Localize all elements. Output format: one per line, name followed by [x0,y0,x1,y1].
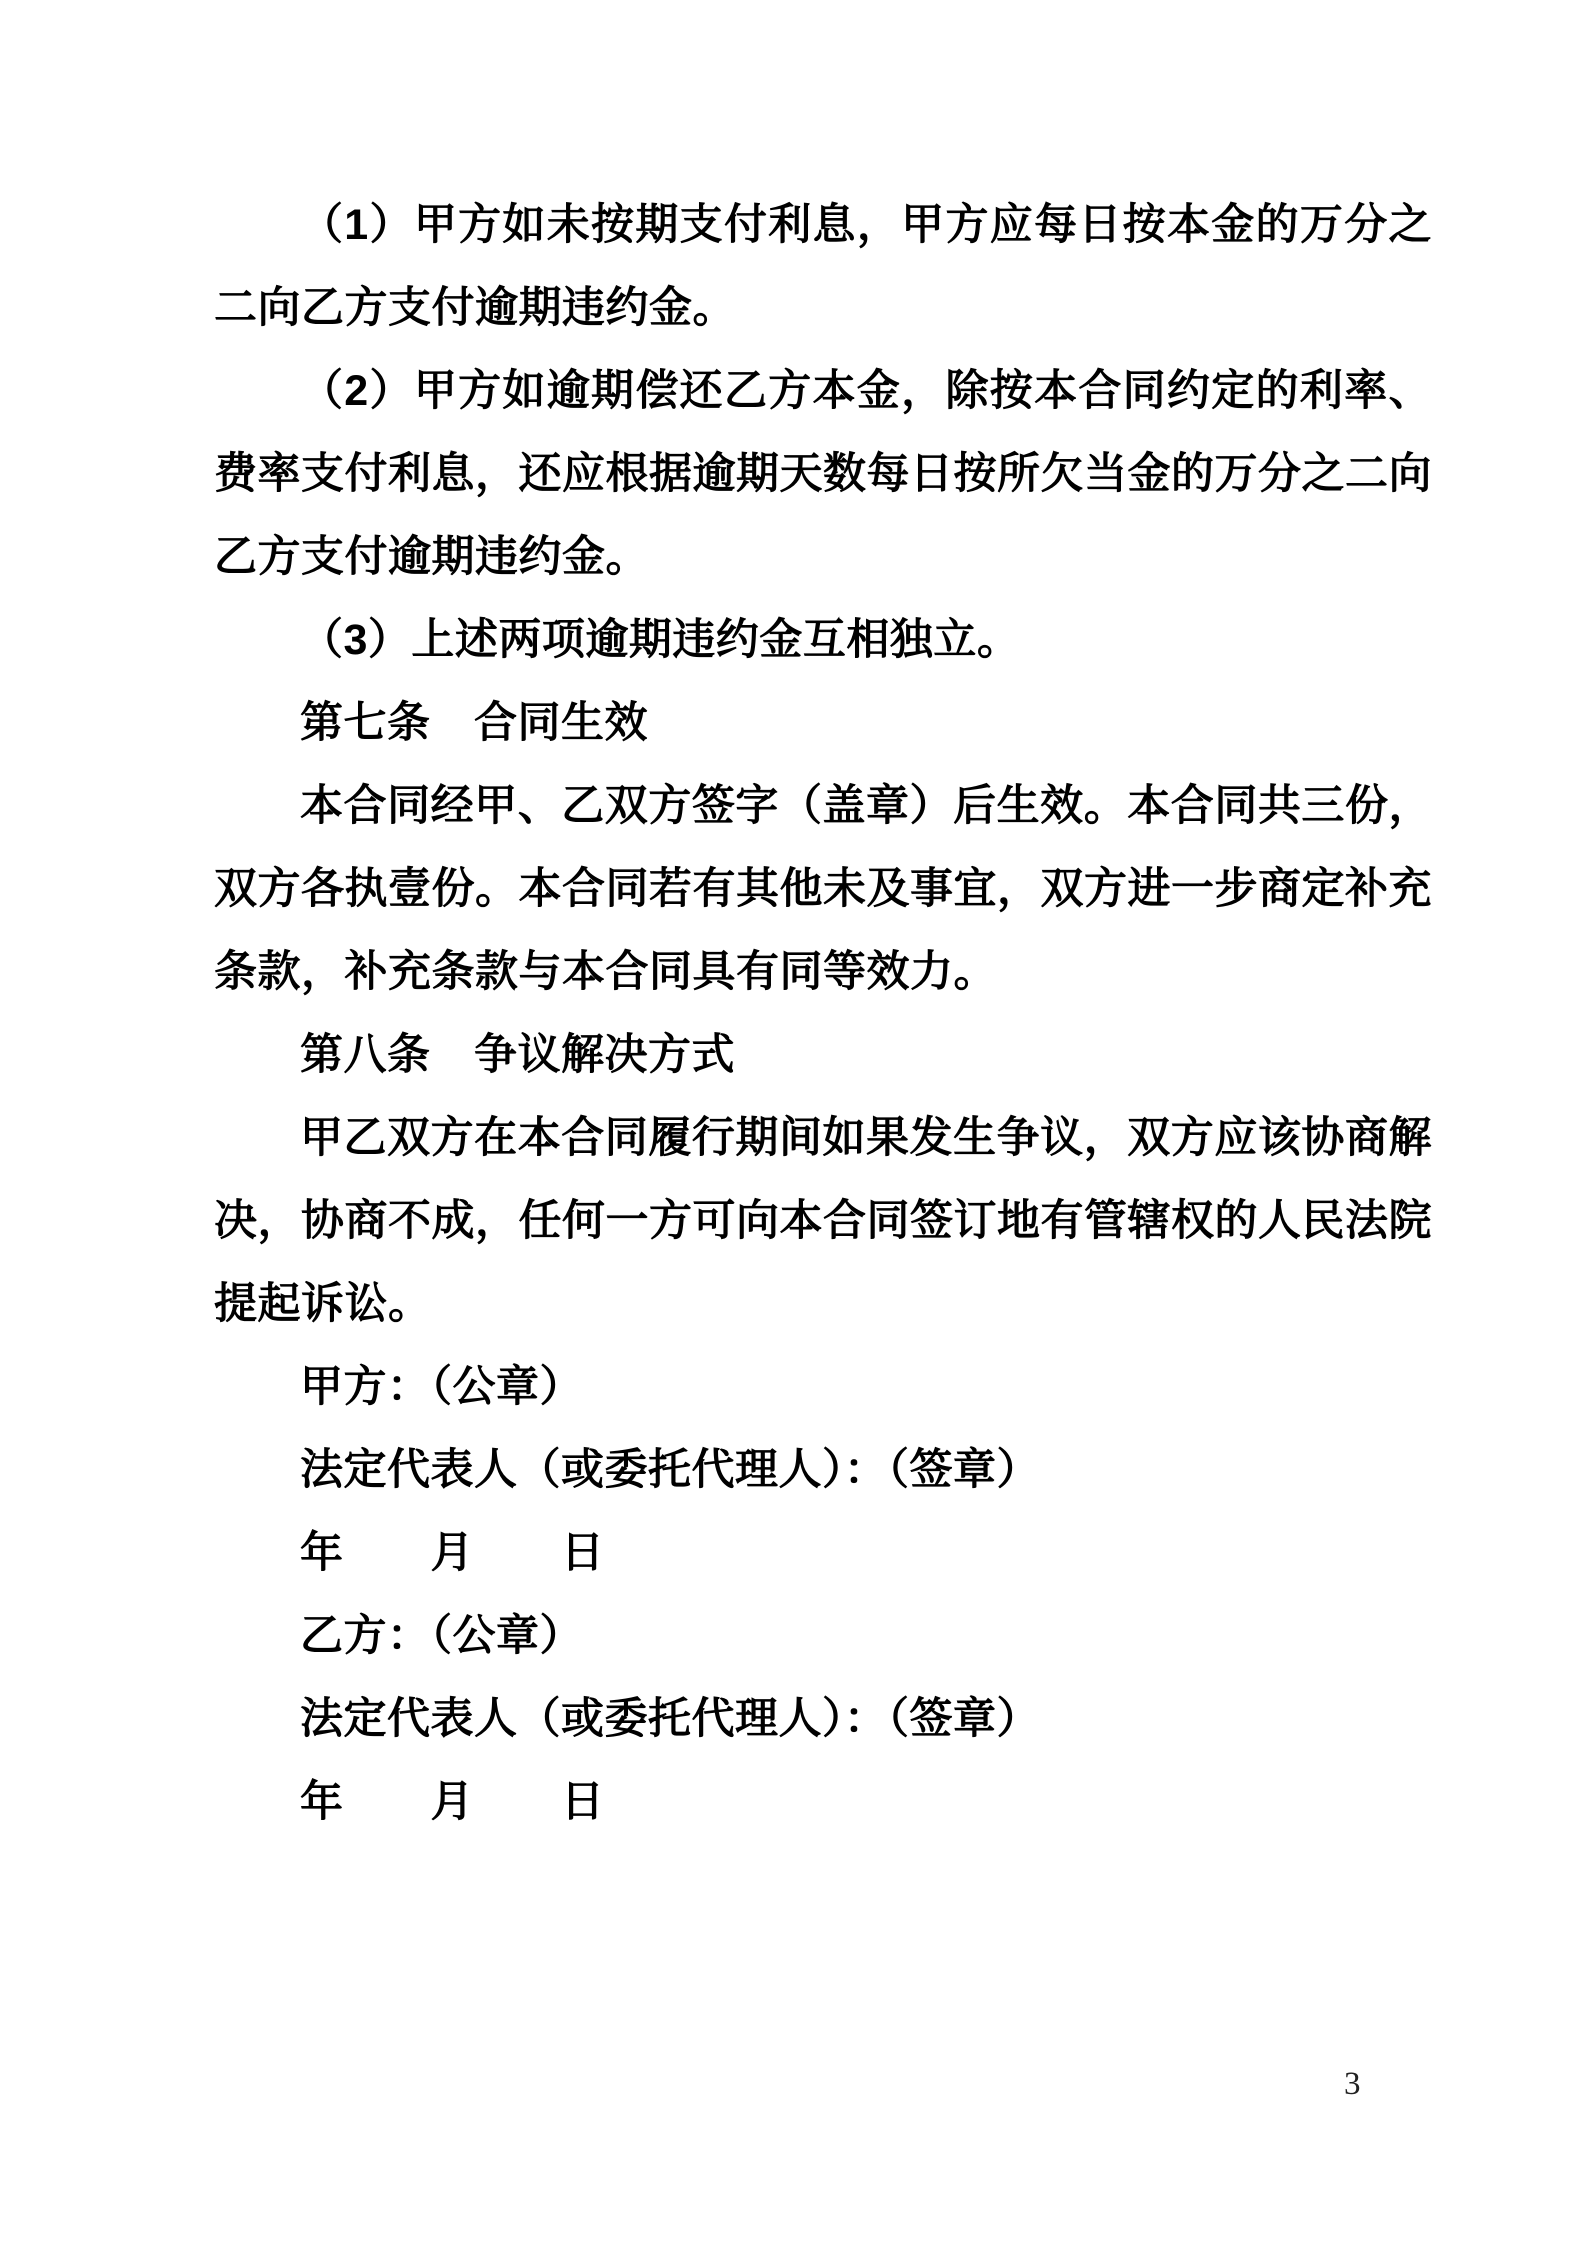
contract-paragraph-13: 年 月 日 [214,1761,1432,1844]
contract-document-page: （1）甲方如未按期支付利息，甲方应每日按本金的万分之二向乙方支付逾期违约金。（2… [0,0,1586,2244]
contract-paragraph-4: 第七条 合同生效 [214,682,1432,765]
contract-paragraph-11: 乙方：（公章） [214,1595,1432,1678]
contract-paragraph-10: 年 月 日 [214,1512,1432,1595]
contract-body: （1）甲方如未按期支付利息，甲方应每日按本金的万分之二向乙方支付逾期违约金。（2… [214,184,1432,1844]
page-number: 3 [1344,2066,1361,2103]
contract-paragraph-12: 法定代表人（或委托代理人）：（签章） [214,1678,1432,1761]
contract-paragraph-7: 甲乙双方在本合同履行期间如果发生争议，双方应该协商解决，协商不成，任何一方可向本… [214,1097,1432,1346]
contract-paragraph-5: 本合同经甲、乙双方签字（盖章）后生效。本合同共三份，双方各执壹份。本合同若有其他… [214,765,1432,1014]
contract-paragraph-1: （1）甲方如未按期支付利息，甲方应每日按本金的万分之二向乙方支付逾期违约金。 [214,184,1432,350]
contract-paragraph-6: 第八条 争议解决方式 [214,1014,1432,1097]
contract-paragraph-3: （3）上述两项逾期违约金互相独立。 [214,599,1432,682]
contract-paragraph-9: 法定代表人（或委托代理人）：（签章） [214,1429,1432,1512]
contract-paragraph-2: （2）甲方如逾期偿还乙方本金，除按本合同约定的利率、费率支付利息，还应根据逾期天… [214,350,1432,599]
contract-paragraph-8: 甲方：（公章） [214,1346,1432,1429]
